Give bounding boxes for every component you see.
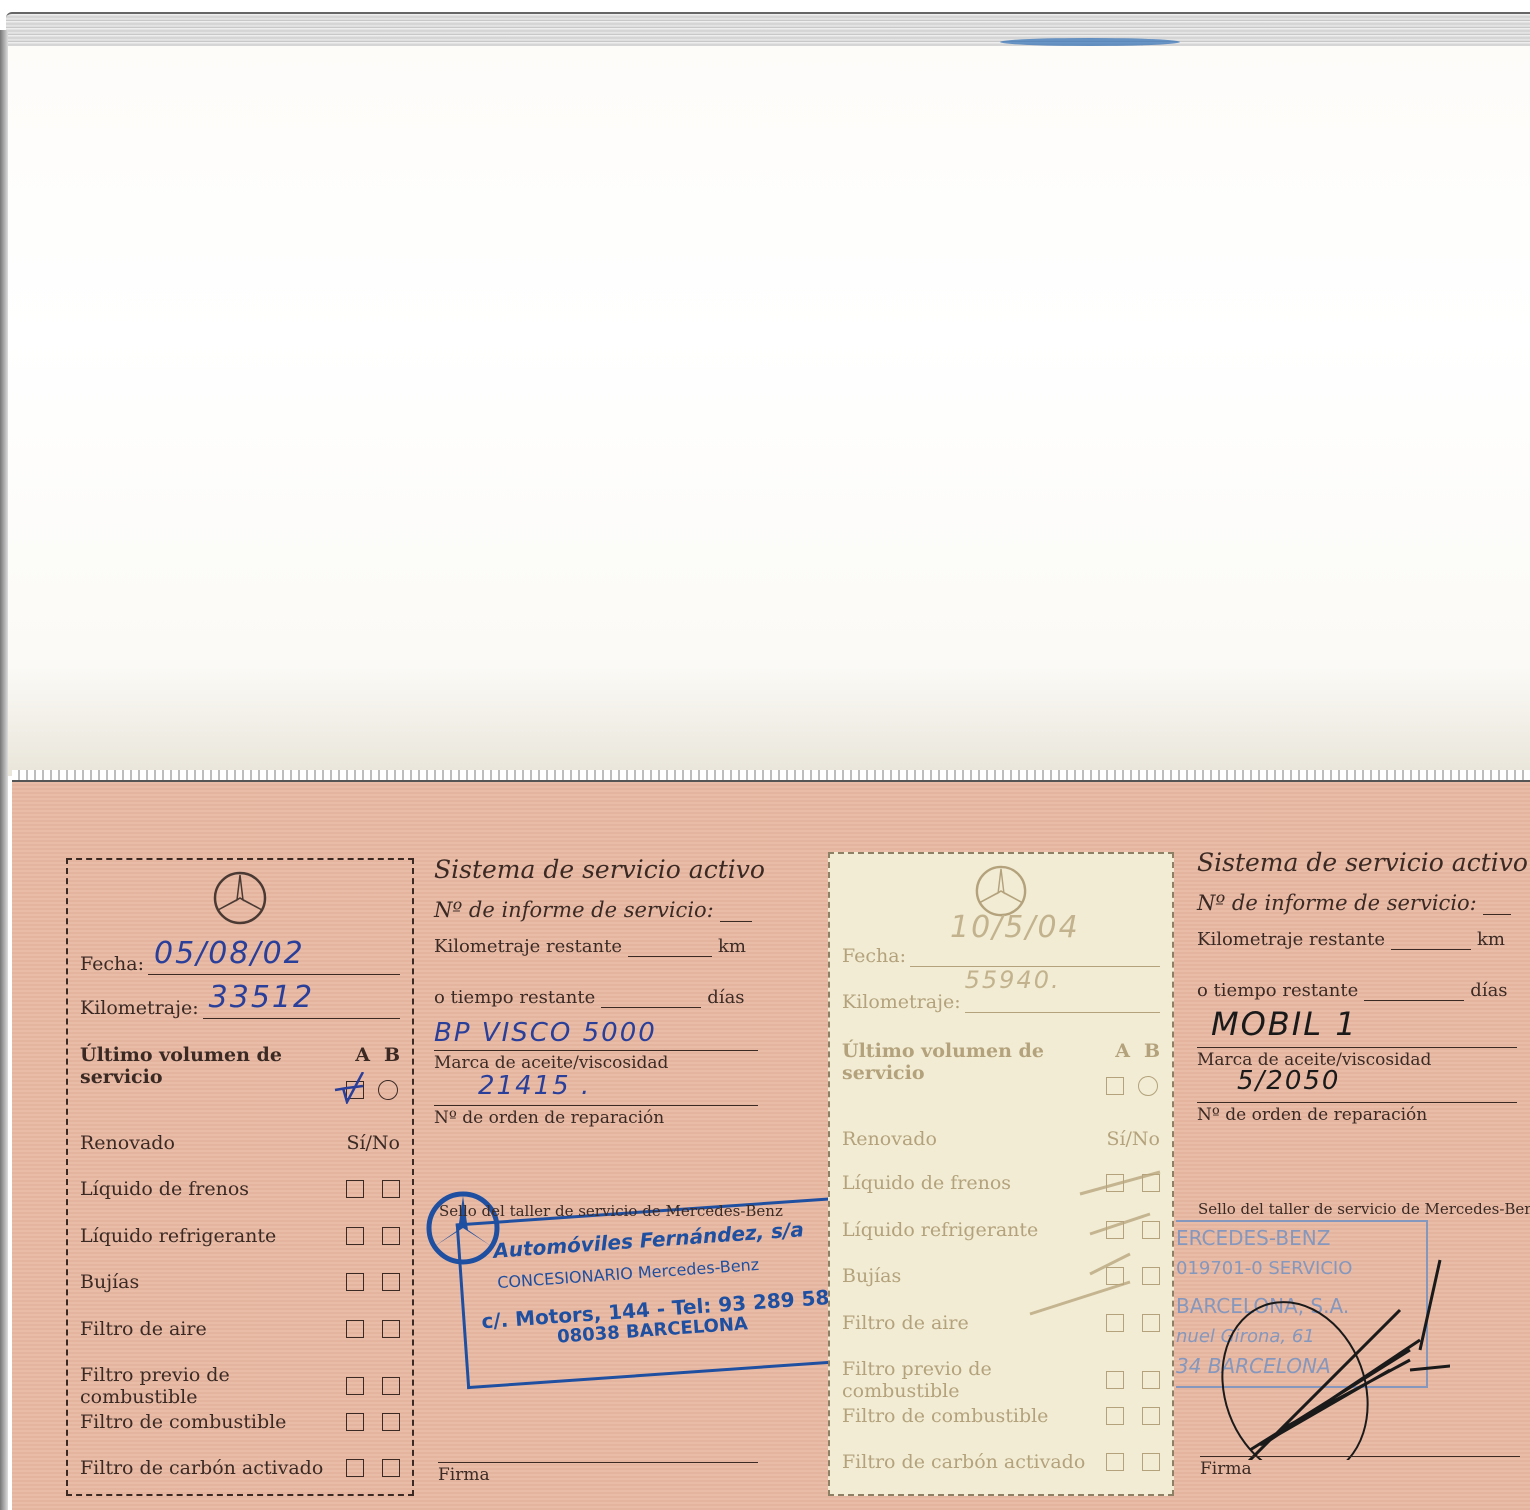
signature-field-2[interactable]: Firma <box>1200 1456 1520 1479</box>
service-b-radio[interactable] <box>378 1080 398 1100</box>
service-report-2: Sistema de servicio activo Nº de informe… <box>1197 848 1517 1125</box>
mercedes-star-icon <box>212 870 268 926</box>
signature-label: Firma <box>1200 1459 1520 1479</box>
ink-mark <box>1000 38 1180 46</box>
repair-order-value: 5/2050 <box>1237 1066 1340 1096</box>
service-report-1: Sistema de servicio activo Nº de informe… <box>434 855 758 1128</box>
renovado-si-checkbox[interactable] <box>346 1320 364 1338</box>
renovado-no-checkbox[interactable] <box>382 1227 400 1245</box>
renovado-no-checkbox[interactable] <box>1142 1174 1160 1192</box>
renovado-item-label: Filtro de carbón activado <box>842 1451 1085 1473</box>
renovado-no-checkbox[interactable] <box>1142 1453 1160 1471</box>
kilometraje-value: 33512 <box>209 980 314 1015</box>
report-number-field[interactable]: Nº de informe de servicio: <box>1197 891 1517 915</box>
fecha-value: 10/5/04 <box>950 910 1080 945</box>
renovado-item-label: Líquido refrigerante <box>842 1219 1038 1241</box>
time-left-label: o tiempo restante <box>1197 980 1358 1001</box>
kilometraje-label: Kilometraje: <box>842 991 961 1013</box>
renovado-no-checkbox[interactable] <box>382 1320 400 1338</box>
renovado-item-label: Bujías <box>80 1271 139 1293</box>
renovado-item-row: Filtro previo de combustible <box>80 1364 400 1408</box>
time-left-field[interactable]: o tiempo restantedías <box>434 987 758 1008</box>
renovado-no-checkbox[interactable] <box>382 1377 400 1395</box>
workshop-stamp-1: Sello del taller de servicio de Mercedes… <box>425 1190 835 1380</box>
renovado-item-row: Filtro de aire <box>842 1312 1160 1334</box>
renovado-no-checkbox[interactable] <box>382 1459 400 1477</box>
renovado-item-row: Filtro de combustible <box>842 1405 1160 1427</box>
renovado-si-checkbox[interactable] <box>346 1180 364 1198</box>
book-top-edge <box>6 12 1530 50</box>
fecha-field[interactable]: Fecha: 05/08/02 <box>80 952 400 975</box>
stamp-caption: Sello del taller de servicio de Mercedes… <box>1198 1200 1530 1218</box>
kilometraje-field[interactable]: Kilometraje: 55940. <box>842 990 1160 1013</box>
renovado-si-checkbox[interactable] <box>346 1377 364 1395</box>
signature-label: Firma <box>438 1465 758 1485</box>
renovado-item-label: Bujías <box>842 1265 901 1287</box>
signature-field-1[interactable]: Firma <box>438 1462 758 1485</box>
si-no-label: Sí/No <box>346 1132 400 1154</box>
renovado-si-checkbox[interactable] <box>346 1413 364 1431</box>
km-left-label: Kilometraje restante <box>434 936 622 957</box>
book-spine-edge <box>0 30 8 1510</box>
report-title: Sistema de servicio activo <box>434 855 758 884</box>
time-left-label: o tiempo restante <box>434 987 595 1008</box>
renovado-item-row: Filtro de carbón activado <box>842 1451 1160 1473</box>
service-coupon-1: Fecha: 05/08/02 Kilometraje: 33512 Últim… <box>66 858 414 1496</box>
renovado-label: Renovado <box>80 1132 175 1154</box>
fecha-label: Fecha: <box>842 945 906 967</box>
renovado-no-checkbox[interactable] <box>1142 1221 1160 1239</box>
renovado-no-checkbox[interactable] <box>382 1180 400 1198</box>
perforated-fold <box>12 770 1530 782</box>
repair-order-field[interactable]: 21415 . <box>434 1077 758 1106</box>
checkmark-icon <box>333 1072 373 1104</box>
renovado-no-checkbox[interactable] <box>382 1273 400 1291</box>
renovado-si-checkbox[interactable] <box>1106 1314 1124 1332</box>
renovado-item-label: Filtro previo de combustible <box>80 1364 346 1408</box>
km-left-field[interactable]: Kilometraje restantekm <box>434 936 758 957</box>
service-volume-label: Último volumen de servicio <box>80 1044 355 1088</box>
service-b-radio[interactable] <box>1138 1076 1158 1096</box>
renovado-header: Renovado Sí/No <box>80 1132 400 1154</box>
renovado-no-checkbox[interactable] <box>1142 1314 1160 1332</box>
renovado-item-row: Bujías <box>842 1265 1160 1287</box>
blank-page <box>8 46 1530 776</box>
renovado-si-checkbox[interactable] <box>346 1273 364 1291</box>
renovado-item-label: Filtro de aire <box>842 1312 969 1334</box>
oil-label: Marca de aceite/viscosidad <box>434 1053 758 1073</box>
renovado-item-row: Filtro de combustible <box>80 1411 400 1433</box>
renovado-item-label: Filtro de aire <box>80 1318 207 1340</box>
renovado-item-label: Filtro de combustible <box>80 1411 286 1433</box>
renovado-si-checkbox[interactable] <box>346 1227 364 1245</box>
renovado-si-checkbox[interactable] <box>1106 1407 1124 1425</box>
renovado-si-checkbox[interactable] <box>1106 1453 1124 1471</box>
repair-order-label: Nº de orden de reparación <box>434 1108 758 1128</box>
km-left-label: Kilometraje restante <box>1197 929 1385 950</box>
renovado-si-checkbox[interactable] <box>1106 1371 1124 1389</box>
renovado-no-checkbox[interactable] <box>1142 1267 1160 1285</box>
service-volume-options <box>346 1080 398 1100</box>
renovado-header: Renovado Sí/No <box>842 1128 1160 1150</box>
renovado-item-label: Filtro previo de combustible <box>842 1358 1106 1402</box>
renovado-item-label: Filtro de combustible <box>842 1405 1048 1427</box>
renovado-item-row: Líquido refrigerante <box>80 1225 400 1247</box>
renovado-item-label: Líquido de frenos <box>80 1178 249 1200</box>
repair-order-label: Nº de orden de reparación <box>1197 1105 1517 1125</box>
renovado-item-label: Filtro de carbón activado <box>80 1457 323 1479</box>
stamp-caption: Sello del taller de servicio de Mercedes… <box>439 1202 783 1220</box>
oil-field[interactable]: BP VISCO 5000 <box>434 1022 758 1051</box>
fecha-value: 05/08/02 <box>154 936 305 971</box>
kilometraje-value: 55940. <box>965 966 1061 994</box>
oil-value: BP VISCO 5000 <box>434 1018 657 1048</box>
time-unit: días <box>1470 980 1507 1001</box>
renovado-no-checkbox[interactable] <box>1142 1371 1160 1389</box>
renovado-item-row: Líquido de frenos <box>80 1178 400 1200</box>
service-coupon-2: Fecha: 10/5/04 Kilometraje: 55940. Últim… <box>828 852 1174 1496</box>
renovado-no-checkbox[interactable] <box>382 1413 400 1431</box>
renovado-item-row: Filtro de carbón activado <box>80 1457 400 1479</box>
repair-order-field[interactable]: 5/2050 <box>1197 1074 1517 1103</box>
renovado-si-checkbox[interactable] <box>1106 1267 1124 1285</box>
km-unit: km <box>718 936 746 957</box>
km-left-field[interactable]: Kilometraje restantekm <box>1197 929 1517 950</box>
renovado-si-checkbox[interactable] <box>1106 1221 1124 1239</box>
time-left-field[interactable]: o tiempo restantedías <box>1197 980 1517 1001</box>
time-unit: días <box>707 987 744 1008</box>
renovado-si-checkbox[interactable] <box>1106 1174 1124 1192</box>
renovado-si-checkbox[interactable] <box>346 1459 364 1477</box>
kilometraje-label: Kilometraje: <box>80 997 199 1019</box>
oil-value: MOBIL 1 <box>1211 1005 1358 1043</box>
service-volume-options <box>1106 1076 1158 1096</box>
renovado-item-label: Líquido de frenos <box>842 1172 1011 1194</box>
si-no-label: Sí/No <box>1106 1128 1160 1150</box>
signature-scribble <box>1210 1240 1450 1460</box>
renovado-item-row: Líquido de frenos <box>842 1172 1160 1194</box>
service-a-checkbox[interactable] <box>1106 1077 1124 1095</box>
report-title: Sistema de servicio activo <box>1197 848 1517 877</box>
renovado-item-row: Filtro previo de combustible <box>842 1358 1160 1402</box>
service-a-checkbox[interactable] <box>346 1081 364 1099</box>
report-number-field[interactable]: Nº de informe de servicio: <box>434 898 758 922</box>
renovado-item-row: Líquido refrigerante <box>842 1219 1160 1241</box>
renovado-item-row: Bujías <box>80 1271 400 1293</box>
renovado-item-row: Filtro de aire <box>80 1318 400 1340</box>
renovado-item-label: Líquido refrigerante <box>80 1225 276 1247</box>
service-volume-label: Último volumen de servicio <box>842 1040 1115 1084</box>
renovado-label: Renovado <box>842 1128 937 1150</box>
kilometraje-field[interactable]: Kilometraje: 33512 <box>80 996 400 1019</box>
fecha-label: Fecha: <box>80 953 144 975</box>
report-number-label: Nº de informe de servicio: <box>434 898 714 922</box>
report-number-label: Nº de informe de servicio: <box>1197 891 1477 915</box>
renovado-no-checkbox[interactable] <box>1142 1407 1160 1425</box>
fecha-field[interactable]: Fecha: 10/5/04 <box>842 944 1160 967</box>
km-unit: km <box>1477 929 1505 950</box>
repair-order-value: 21415 . <box>478 1071 591 1101</box>
oil-field[interactable]: MOBIL 1 <box>1197 1019 1517 1048</box>
